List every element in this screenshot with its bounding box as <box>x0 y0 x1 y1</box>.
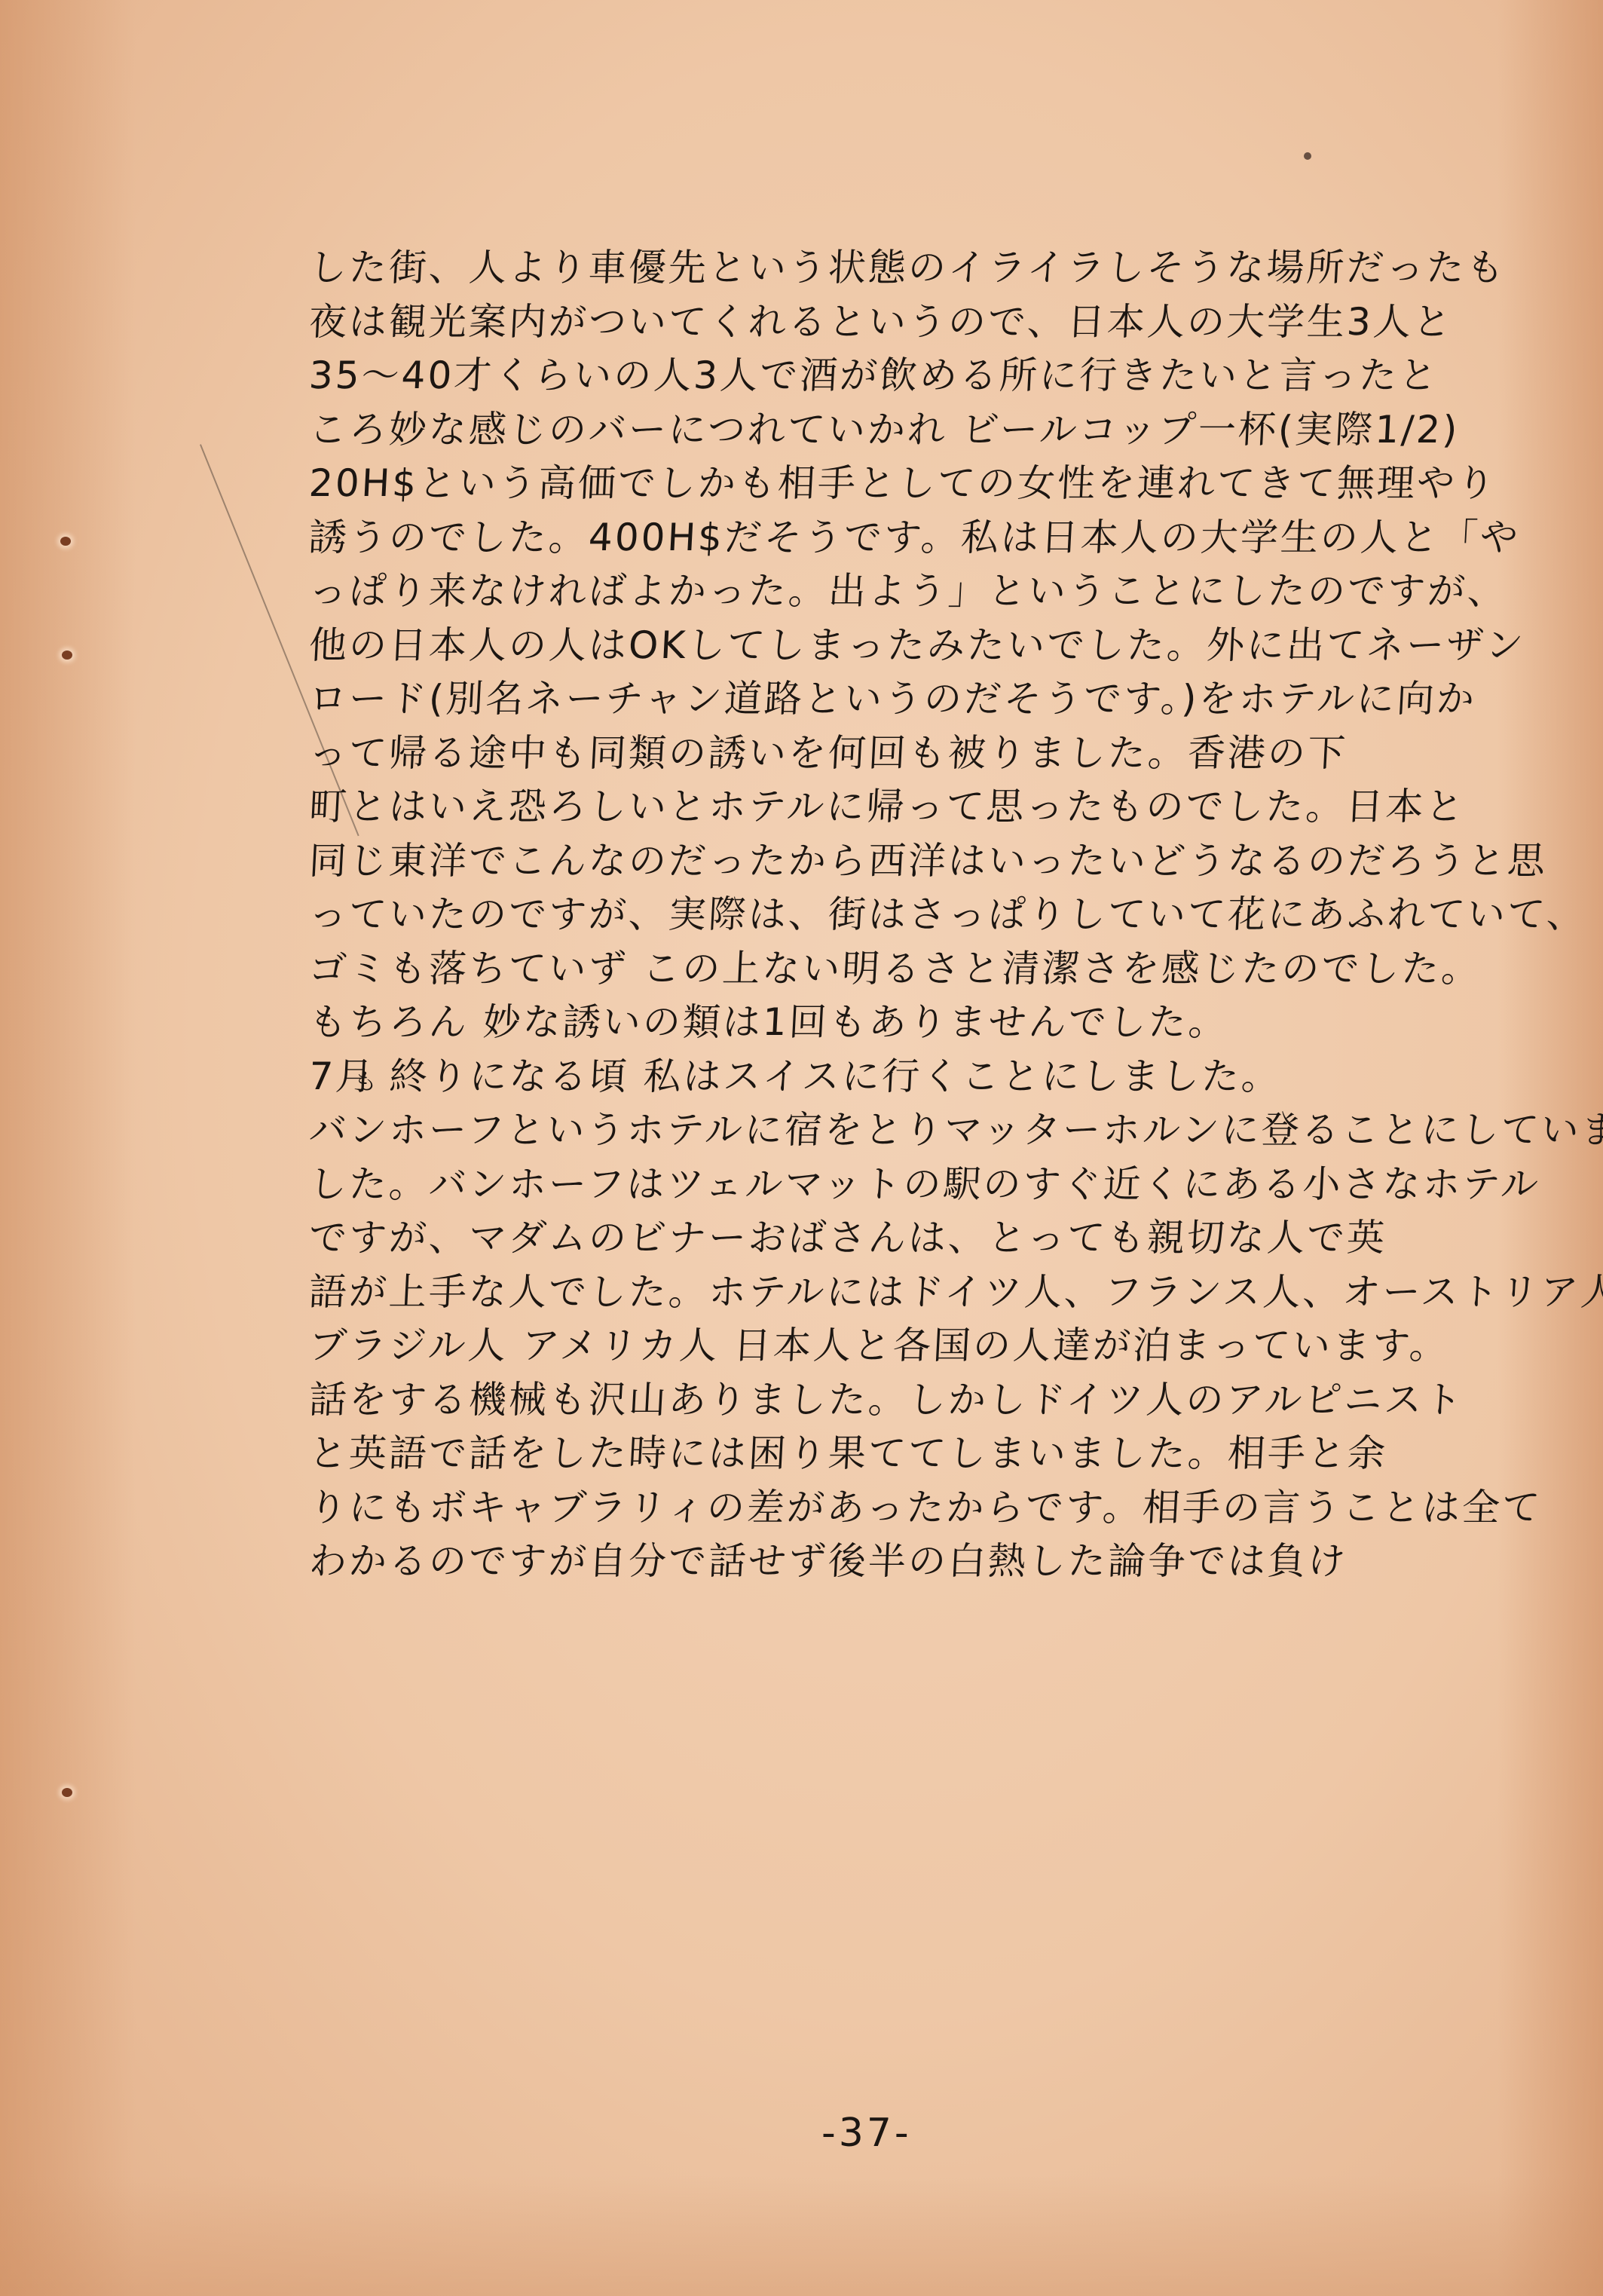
text-line: 町とはいえ恐ろしいとホテルに帰って思ったものでした。日本と <box>307 780 1577 834</box>
text-line: ロード(別名ネーチャン道路というのだそうです。)をホテルに向か <box>307 672 1577 727</box>
text-line: りにもボキャブラリィの差があったからです。相手の言うことは全て <box>307 1481 1577 1535</box>
text-line: っていたのですが、実際は、街はさっぱりしていて花にあふれていて、 <box>307 888 1577 942</box>
text-line: した。バンホーフはツェルマットの駅のすぐ近くにある小さなホテル <box>307 1158 1577 1212</box>
text-line: 7月 終りになる頃 私はスイスに行くことにしました。 <box>307 1050 1577 1104</box>
text-line: って帰る途中も同類の誘いを何回も被りました。香港の下 <box>307 727 1577 781</box>
text-line: ですが、マダムのビナーおばさんは、とっても親切な人で英 <box>307 1211 1577 1266</box>
page-number: -37- <box>821 2111 912 2156</box>
text-line: 同じ東洋でこんなのだったから西洋はいったいどうなるのだろうと思 <box>307 834 1577 889</box>
text-line: わかるのですが自分で話せず後半の白熱した論争では負け <box>307 1535 1577 1589</box>
binding-hole-mark <box>62 1788 72 1797</box>
text-line: バンホーフというホテルに宿をとりマッターホルンに登ることにしていま <box>307 1104 1577 1158</box>
text-line: 他の日本人の人はOKしてしまったみたいでした。外に出てネーザン <box>307 619 1577 673</box>
text-line: もちろん 妙な誘いの類は1回もありませんでした。 <box>307 996 1577 1050</box>
text-line: 35〜40才くらいの人3人で酒が飲める所に行きたいと言ったと <box>307 349 1577 403</box>
text-line: ころ妙な感じのバーにつれていかれ ビールコップ一杯(実際1/2) <box>307 403 1577 458</box>
text-line: した街、人より車優先という状態のイライラしそうな場所だったも <box>307 241 1577 295</box>
text-line: 語が上手な人でした。ホテルにはドイツ人、フランス人、オーストリア人 <box>307 1266 1577 1320</box>
manuscript-page: した街、人より車優先という状態のイライラしそうな場所だったも 夜は観光案内がつい… <box>0 0 1603 2296</box>
paper-edge-shadow-left <box>0 0 136 2296</box>
text-line: っぱり来なければよかった。出よう」ということにしたのですが、 <box>307 565 1577 619</box>
insertion-mark: も <box>354 1063 377 1096</box>
text-line: 誘うのでした。400H$だそうです。私は日本人の大学生の人と「や <box>307 511 1577 565</box>
binding-hole-mark <box>60 537 71 546</box>
binding-hole-mark <box>62 651 72 660</box>
handwritten-text-body: した街、人より車優先という状態のイライラしそうな場所だったも 夜は観光案内がつい… <box>309 241 1575 1589</box>
text-line: 夜は観光案内がついてくれるというので、日本人の大学生3人と <box>307 295 1577 350</box>
ink-speck <box>1304 152 1311 160</box>
text-line: 20H$という高価でしかも相手としての女性を連れてきて無理やり <box>307 457 1577 511</box>
text-line: 話をする機械も沢山ありました。しかしドイツ人のアルピニスト <box>307 1373 1577 1428</box>
text-line: と英語で話をした時には困り果ててしまいました。相手と余 <box>307 1427 1577 1481</box>
text-line: ゴミも落ちていず この上ない明るさと清潔さを感じたのでした。 <box>307 942 1577 996</box>
text-line: ブラジル人 アメリカ人 日本人と各国の人達が泊まっています。 <box>307 1319 1577 1373</box>
paper-edge-shadow-bottom <box>0 2175 1603 2296</box>
